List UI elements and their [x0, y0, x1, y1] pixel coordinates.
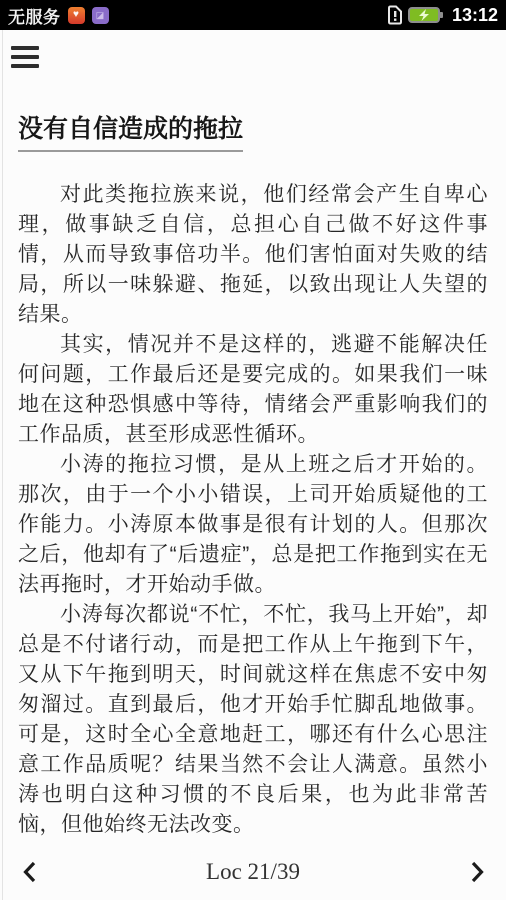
paragraph: 其实，情况并不是这样的，逃避不能解决任何问题，工作最后还是要完成的。如果我们一味…: [18, 330, 488, 450]
reader-content[interactable]: 没有自信造成的拖拉 对此类拖拉族来说，他们经常会产生自卑心理，做事缺乏自信，总担…: [0, 112, 506, 840]
chapter-title: 没有自信造成的拖拉: [18, 112, 488, 152]
clock: 13:12: [452, 5, 498, 26]
carrier-label: 无服务: [8, 3, 61, 28]
paragraph: 对此类拖拉族来说，他们经常会产生自卑心理，做事缺乏自信，总担心自己做不好这件事情…: [18, 180, 488, 330]
location-indicator: Loc 21/39: [0, 859, 506, 885]
menu-button[interactable]: [11, 46, 39, 68]
orange-notification-icon: ♥: [68, 7, 85, 24]
bottom-bar: Loc 21/39: [0, 844, 506, 900]
chevron-right-icon: [470, 861, 485, 883]
paragraph: 小涛每次都说“不忙，不忙，我马上开始”，却总是不付诸行动，而是把工作从上午拖到下…: [18, 600, 488, 840]
purple-notification-icon: ◪: [92, 7, 109, 24]
battery-charging-icon: [408, 6, 444, 24]
chevron-left-icon: [22, 861, 37, 883]
status-bar: 无服务 ♥ ◪ 13:12: [0, 0, 506, 30]
paragraph: 小涛的拖拉习惯，是从上班之后才开始的。那次，由于一个小小错误，上司开始质疑他的工…: [18, 450, 488, 600]
previous-page-button[interactable]: [14, 857, 44, 887]
next-page-button[interactable]: [462, 857, 492, 887]
reader-app-screen: 无服务 ♥ ◪ 13:12: [0, 0, 506, 900]
no-sim-alert-icon: [387, 5, 403, 25]
menu-icon: [11, 46, 39, 50]
